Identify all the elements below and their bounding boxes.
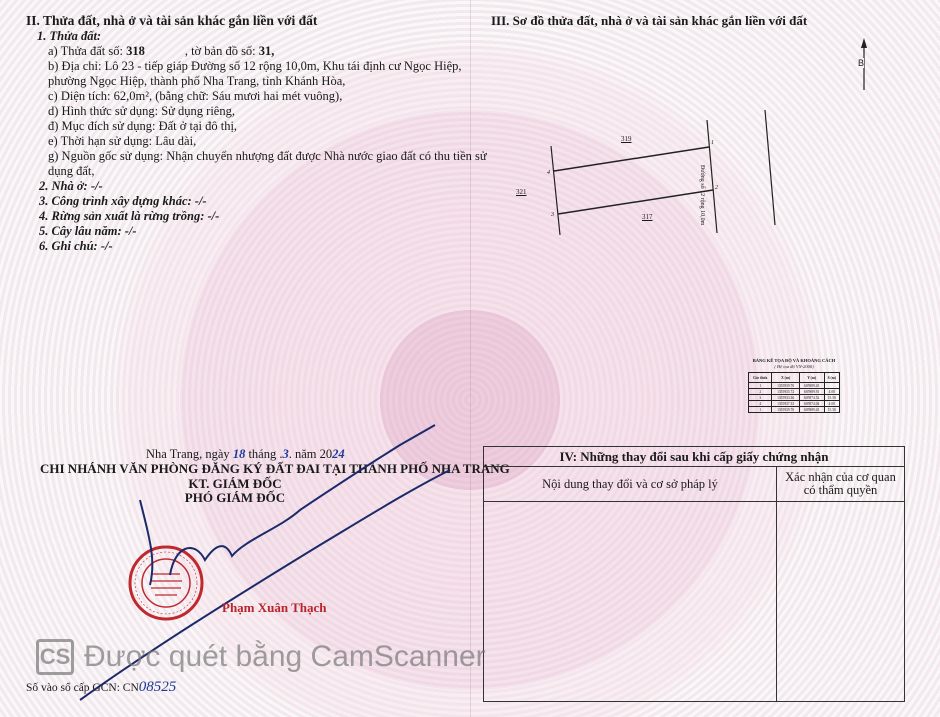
cell: 1355939.70 bbox=[772, 407, 799, 413]
cell: 605989.43 bbox=[799, 407, 824, 413]
changes-col-confirmation: Xác nhận của cơ quancó thẩm quyền bbox=[777, 467, 904, 501]
coordinate-table-subtitle: ( Hệ tọa độ VN-2000) bbox=[748, 364, 840, 370]
header-s: S (m) bbox=[824, 373, 839, 383]
changes-header-row: Nội dung thay đổi và cơ sở pháp lý Xác n… bbox=[484, 467, 904, 502]
coordinate-table: BẢNG KÊ TỌA ĐỘ VÀ KHOẢNG CÁCH ( Hệ tọa đ… bbox=[748, 358, 840, 413]
cell: 1 bbox=[749, 407, 772, 413]
changes-title: IV: Những thay đổi sau khi cấp giấy chứn… bbox=[484, 447, 904, 467]
changes-body-divider bbox=[776, 501, 777, 701]
changes-col-content: Nội dung thay đổi và cơ sở pháp lý bbox=[484, 467, 777, 501]
north-label: B bbox=[858, 58, 864, 68]
neighbor-parcel-321: 321 bbox=[516, 188, 527, 196]
cell: 15.50 bbox=[824, 407, 839, 413]
header-x: X (m) bbox=[772, 373, 799, 383]
table-row: 11355939.70605989.4315.50 bbox=[749, 407, 840, 413]
camscanner-text: Được quét bằng CamScanner bbox=[84, 640, 486, 674]
vertex-4: 4 bbox=[547, 170, 550, 176]
camscanner-watermark: CS Được quét bằng CamScanner bbox=[36, 639, 486, 675]
vertex-1: 1 bbox=[711, 140, 714, 146]
header-y: Y (m) bbox=[799, 373, 824, 383]
header-corner: Góc thửa bbox=[749, 373, 772, 383]
neighbor-parcel-317: 317 bbox=[642, 213, 653, 221]
vertex-2: 2 bbox=[715, 185, 718, 191]
neighbor-parcel-319: 319 bbox=[621, 135, 632, 143]
road-label: Đường số 12 rộng 10,0m bbox=[699, 165, 705, 225]
vertex-3: 3 bbox=[551, 212, 554, 218]
changes-table: IV: Những thay đổi sau khi cấp giấy chứn… bbox=[483, 446, 905, 702]
camscanner-logo-icon: CS bbox=[36, 639, 74, 675]
